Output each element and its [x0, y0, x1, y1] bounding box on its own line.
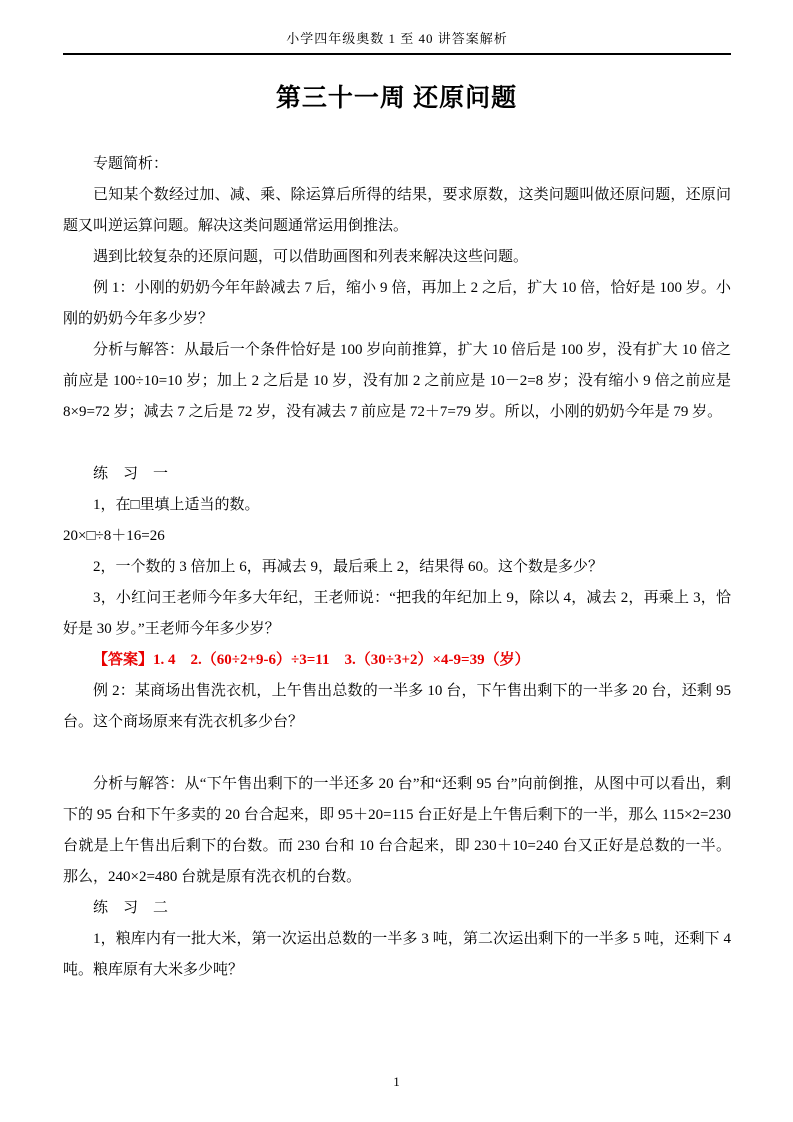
page-number: 1: [393, 1074, 400, 1089]
paragraph-example2-analysis: 分析与解答：从“下午售出剩下的一半还多 20 台”和“还剩 95 台”向前倒推，…: [63, 769, 731, 893]
paragraph-topic-label: 专题简析：: [63, 149, 731, 180]
header-title: 小学四年级奥数 1 至 40 讲答案解析: [286, 31, 508, 46]
paragraph-topic-tip: 遇到比较复杂的还原问题，可以借助画图和列表来解决这些问题。: [63, 242, 731, 273]
paragraph-exercise2-q1: 1，粮库内有一批大米，第一次运出总数的一半多 3 吨，第二次运出剩下的一半多 5…: [63, 924, 731, 986]
heading-exercise-1: 练 习 一: [63, 459, 731, 490]
document-page: 小学四年级奥数 1 至 40 讲答案解析 第三十一周 还原问题 专题简析： 已知…: [0, 0, 793, 1122]
document-content: 专题简析： 已知某个数经过加、减、乘、除运算后所得的结果，要求原数，这类问题叫做…: [63, 149, 731, 986]
paragraph-example1-analysis: 分析与解答：从最后一个条件恰好是 100 岁向前推算，扩大 10 倍后是 100…: [63, 335, 731, 428]
heading-exercise-2: 练 习 二: [63, 893, 731, 924]
page-title: 第三十一周 还原问题: [0, 78, 793, 114]
paragraph-example2: 例 2：某商场出售洗衣机，上午售出总数的一半多 10 台，下午售出剩下的一半多 …: [63, 676, 731, 738]
paragraph-example1: 例 1：小刚的奶奶今年年龄减去 7 后，缩小 9 倍，再加上 2 之后，扩大 1…: [63, 273, 731, 335]
paragraph-exercise1-q2: 2，一个数的 3 倍加上 6，再减去 9，最后乘上 2，结果得 60。这个数是多…: [63, 552, 731, 583]
paragraph-exercise1-q1-equation: 20×□÷8＋16=26: [63, 521, 731, 552]
paragraph-exercise1-q1: 1，在□里填上适当的数。: [63, 490, 731, 521]
paragraph-topic-intro: 已知某个数经过加、减、乘、除运算后所得的结果，要求原数，这类问题叫做还原问题，还…: [63, 180, 731, 242]
page-header: 小学四年级奥数 1 至 40 讲答案解析: [63, 28, 731, 55]
paragraph-exercise1-answers: 【答案】1. 4 2.（60÷2+9-6）÷3=11 3.（30÷3+2）×4-…: [63, 645, 731, 676]
paragraph-exercise1-q3: 3，小红问王老师今年多大年纪，王老师说：“把我的年纪加上 9，除以 4，减去 2…: [63, 583, 731, 645]
page-footer: 1: [0, 1074, 793, 1090]
